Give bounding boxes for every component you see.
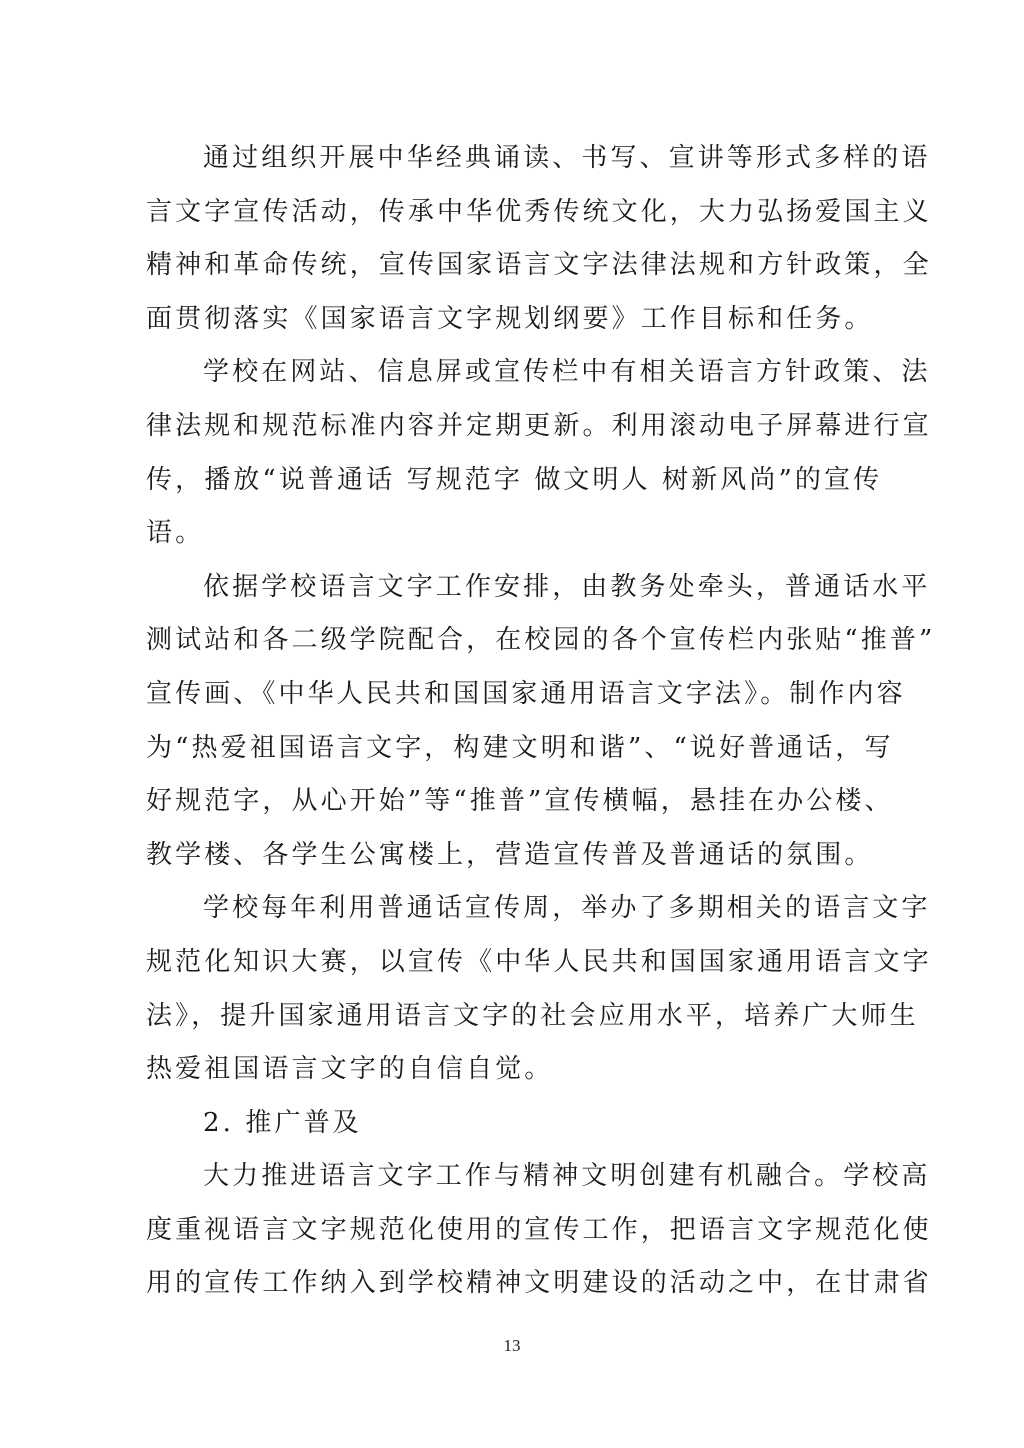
text-line: 学校在网站、信息屏或宣传栏中有相关语言方针政策、法	[146, 346, 878, 400]
paragraph-4: 学校每年利用普通话宣传周，举办了多期相关的语言文字 规范化知识大赛，以宣传《中华…	[146, 882, 878, 1096]
text-line: 规范化知识大赛，以宣传《中华人民共和国国家通用语言文字	[146, 936, 878, 990]
text-line: 精神和革命传统，宣传国家语言文字法律法规和方针政策，全	[146, 239, 878, 293]
text-line: 语。	[146, 507, 878, 561]
text-line: 测试站和各二级学院配合，在校园的各个宣传栏内张贴“推普”	[146, 614, 878, 668]
text-line: 传，播放“说普通话 写规范字 做文明人 树新风尚”的宣传	[146, 454, 878, 508]
page-number: 13	[0, 1336, 1024, 1356]
text-line: 教学楼、各学生公寓楼上，营造宣传普及普通话的氛围。	[146, 829, 878, 883]
text-line: 律法规和规范标准内容并定期更新。利用滚动电子屏幕进行宣	[146, 400, 878, 454]
paragraph-5: 大力推进语言文字工作与精神文明创建有机融合。学校高 度重视语言文字规范化使用的宣…	[146, 1150, 878, 1311]
paragraph-3: 依据学校语言文字工作安排，由教务处牵头，普通话水平 测试站和各二级学院配合，在校…	[146, 561, 878, 883]
heading-text: 2. 推广普及	[146, 1097, 878, 1151]
paragraph-2: 学校在网站、信息屏或宣传栏中有相关语言方针政策、法 律法规和规范标准内容并定期更…	[146, 346, 878, 560]
text-line: 用的宣传工作纳入到学校精神文明建设的活动之中，在甘肃省	[146, 1257, 878, 1311]
document-page: 通过组织开展中华经典诵读、书写、宣讲等形式多样的语 言文字宣传活动，传承中华优秀…	[146, 132, 878, 1311]
paragraph-1: 通过组织开展中华经典诵读、书写、宣讲等形式多样的语 言文字宣传活动，传承中华优秀…	[146, 132, 878, 346]
text-line: 度重视语言文字规范化使用的宣传工作，把语言文字规范化使	[146, 1204, 878, 1258]
text-line: 依据学校语言文字工作安排，由教务处牵头，普通话水平	[146, 561, 878, 615]
text-line: 为“热爱祖国语言文字，构建文明和谐”、“说好普通话，写	[146, 722, 878, 776]
text-line: 言文字宣传活动，传承中华优秀传统文化，大力弘扬爱国主义	[146, 186, 878, 240]
text-line: 学校每年利用普通话宣传周，举办了多期相关的语言文字	[146, 882, 878, 936]
text-line: 热爱祖国语言文字的自信自觉。	[146, 1043, 878, 1097]
text-line: 法》，提升国家通用语言文字的社会应用水平，培养广大师生	[146, 990, 878, 1044]
text-line: 大力推进语言文字工作与精神文明创建有机融合。学校高	[146, 1150, 878, 1204]
text-line: 宣传画、《中华人民共和国国家通用语言文字法》。制作内容	[146, 668, 878, 722]
text-line: 通过组织开展中华经典诵读、书写、宣讲等形式多样的语	[146, 132, 878, 186]
text-line: 面贯彻落实《国家语言文字规划纲要》工作目标和任务。	[146, 293, 878, 347]
text-line: 好规范字，从心开始”等“推普”宣传横幅，悬挂在办公楼、	[146, 775, 878, 829]
section-heading: 2. 推广普及	[146, 1097, 878, 1151]
